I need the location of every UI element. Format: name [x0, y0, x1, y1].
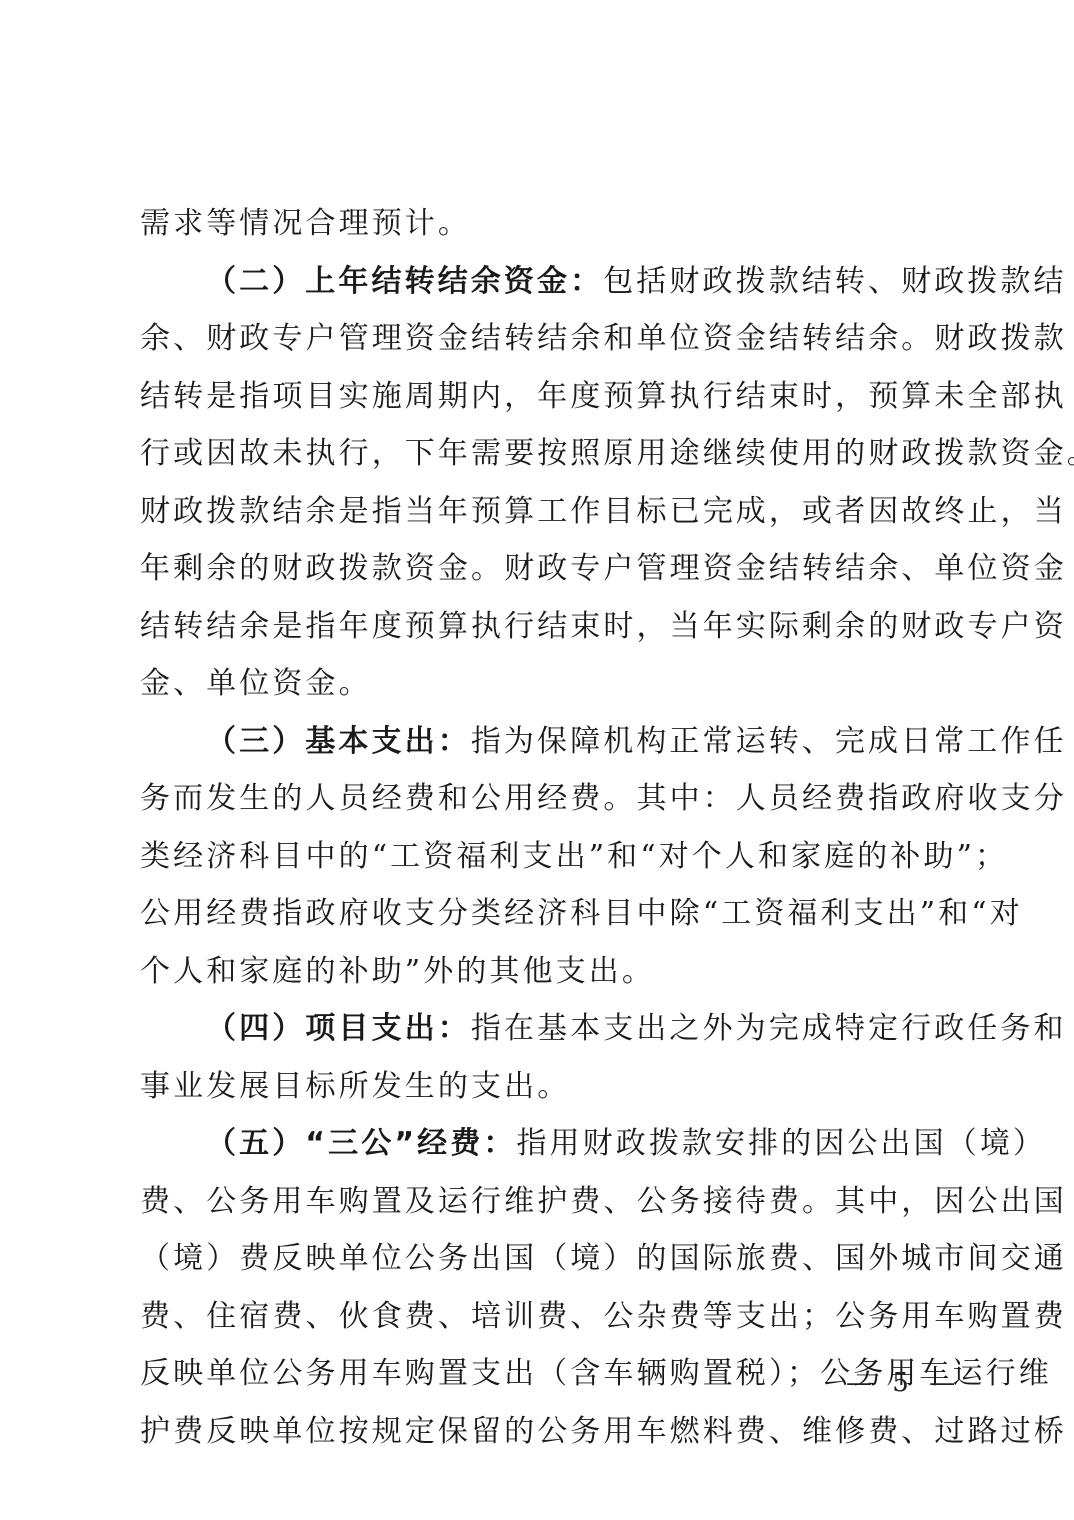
text-line: 金、单位资金。: [140, 655, 940, 713]
text-line: 类经济科目中的“工资福利支出”和“对个人和家庭的补助”；: [140, 828, 940, 886]
text-line: 事业发展目标所发生的支出。: [140, 1058, 940, 1116]
text-line: 结转是指项目实施周期内，年度预算执行结束时，预算未全部执: [140, 368, 940, 426]
section-3-heading-line: （三）基本支出：指为保障机构正常运转、完成日常工作任: [140, 713, 940, 771]
text-line: 年剩余的财政拨款资金。财政专户管理资金结转结余、单位资金: [140, 540, 940, 598]
section-heading: （二）上年结转结余资金：: [206, 264, 603, 299]
section-4-heading-line: （四）项目支出：指在基本支出之外为完成特定行政任务和: [140, 1000, 940, 1058]
text-line: 行或因故未执行，下年需要按照原用途继续使用的财政拨款资金。: [140, 425, 940, 483]
text-line: 个人和家庭的补助”外的其他支出。: [140, 943, 940, 1001]
text-line: 财政拨款结余是指当年预算工作目标已完成，或者因故终止，当: [140, 483, 940, 541]
text-line: 务而发生的人员经费和公用经费。其中：人员经费指政府收支分: [140, 770, 940, 828]
text-line: 公用经费指政府收支分类经济科目中除“工资福利支出”和“对: [140, 885, 940, 943]
section-heading: （三）基本支出：: [206, 724, 471, 759]
text-line: 费、公务用车购置及运行维护费、公务接待费。其中，因公出国: [140, 1173, 940, 1231]
text-line: 需求等情况合理预计。: [140, 195, 940, 253]
text-line: 余、财政专户管理资金结转结余和单位资金结转结余。财政拨款: [140, 310, 940, 368]
text-line: 反映单位公务用车购置支出（含车辆购置税）；公务用车运行维: [140, 1345, 940, 1403]
section-heading: （四）项目支出：: [206, 1011, 471, 1046]
text-line: 费、住宿费、伙食费、培训费、公杂费等支出；公务用车购置费: [140, 1288, 940, 1346]
text-line: 结转结余是指年度预算执行结束时，当年实际剩余的财政专户资: [140, 598, 940, 656]
text-line: 护费反映单位按规定保留的公务用车燃料费、维修费、过路过桥: [140, 1403, 940, 1461]
section-heading: （五）“三公”经费：: [206, 1126, 516, 1161]
text-line: （境）费反映单位公务出国（境）的国际旅费、国外城市间交通: [140, 1230, 940, 1288]
document-body: 需求等情况合理预计。 （二）上年结转结余资金：包括财政拨款结转、财政拨款结 余、…: [140, 195, 940, 1460]
section-2-heading-line: （二）上年结转结余资金：包括财政拨款结转、财政拨款结: [140, 253, 940, 311]
page-number: — 5 —: [846, 1368, 961, 1398]
section-5-heading-line: （五）“三公”经费：指用财政拨款安排的因公出国（境）: [140, 1115, 940, 1173]
